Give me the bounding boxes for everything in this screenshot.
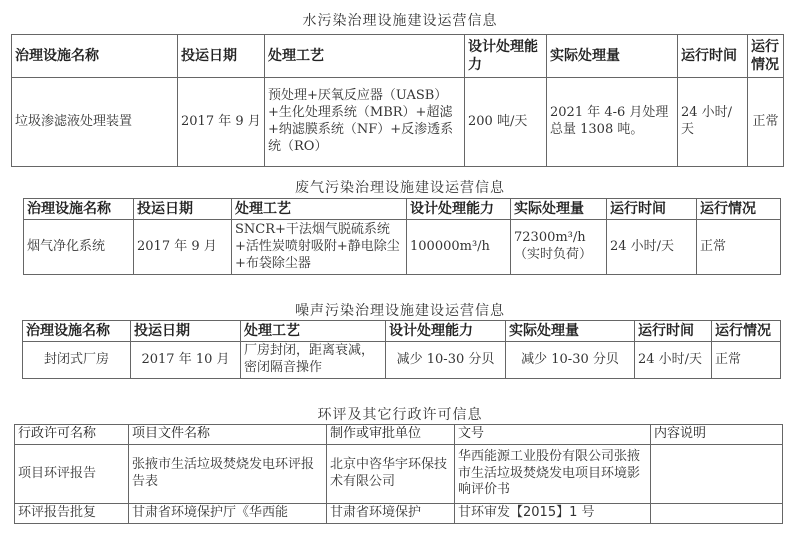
table-header-row: 治理设施名称 投运日期 处理工艺 设计处理能力 实际处理量 运行时间 运行情况	[12, 35, 784, 78]
water-section-title: 水污染治理设施建设运营信息	[0, 10, 800, 30]
cell-permit-name: 环评报告批复	[15, 504, 129, 524]
header-run-status: 运行情况	[697, 199, 781, 220]
noise-facility-table: 治理设施名称 投运日期 处理工艺 设计处理能力 实际处理量 运行时间 运行情况 …	[22, 320, 781, 379]
table-row: 垃圾渗滤液处理装置 2017 年 9 月 预处理+厌氧反应器（UASB）+生化处…	[12, 78, 784, 167]
header-actual-volume: 实际处理量	[506, 321, 635, 342]
cell-commission-date: 2017 年 9 月	[178, 78, 265, 167]
header-issuing-unit: 制作或审批单位	[327, 425, 455, 445]
cell-commission-date: 2017 年 10 月	[131, 342, 241, 379]
cell-facility-name: 烟气净化系统	[24, 220, 134, 275]
header-process: 处理工艺	[232, 199, 407, 220]
cell-design-capacity: 200 吨/天	[465, 78, 547, 167]
cell-issuing-unit: 北京中咨华宇环保技术有限公司	[327, 445, 455, 504]
cell-actual-volume: 2021 年 4-6 月处理总量 1308 吨。	[547, 78, 678, 167]
water-facility-table: 治理设施名称 投运日期 处理工艺 设计处理能力 实际处理量 运行时间 运行情况 …	[11, 34, 784, 167]
header-commission-date: 投运日期	[134, 199, 232, 220]
cell-run-status: 正常	[712, 342, 781, 379]
cell-actual-volume: 减少 10-30 分贝	[506, 342, 635, 379]
cell-commission-date: 2017 年 9 月	[134, 220, 232, 275]
table-row: 封闭式厂房 2017 年 10 月 厂房封闭，距离衰减，密闭隔音操作 减少 10…	[23, 342, 781, 379]
header-run-time: 运行时间	[607, 199, 697, 220]
header-facility-name: 治理设施名称	[24, 199, 134, 220]
cell-process: 厂房封闭，距离衰减，密闭隔音操作	[241, 342, 386, 379]
cell-facility-name: 垃圾渗滤液处理装置	[12, 78, 178, 167]
cell-run-time: 24 小时/天	[635, 342, 712, 379]
cell-description	[651, 504, 783, 524]
table-header-row: 行政许可名称 项目文件名称 制作或审批单位 文号 内容说明	[15, 425, 783, 445]
header-facility-name: 治理设施名称	[23, 321, 131, 342]
table-header-row: 治理设施名称 投运日期 处理工艺 设计处理能力 实际处理量 运行时间 运行情况	[23, 321, 781, 342]
header-document-number: 文号	[455, 425, 651, 445]
header-document-name: 项目文件名称	[129, 425, 327, 445]
header-actual-volume: 实际处理量	[547, 35, 678, 78]
header-design-capacity: 设计处理能力	[465, 35, 547, 78]
header-commission-date: 投运日期	[178, 35, 265, 78]
cell-run-time: 24 小时/天	[607, 220, 697, 275]
header-description: 内容说明	[651, 425, 783, 445]
header-run-time: 运行时间	[678, 35, 748, 78]
header-actual-volume: 实际处理量	[511, 199, 607, 220]
air-section-title: 废气污染治理设施建设运营信息	[0, 177, 800, 197]
table-header-row: 治理设施名称 投运日期 处理工艺 设计处理能力 实际处理量 运行时间 运行情况	[24, 199, 781, 220]
cell-document-name: 张掖市生活垃圾焚烧发电环评报告表	[129, 445, 327, 504]
cell-process: SNCR+干法烟气脱硫系统+活性炭喷射吸附+静电除尘+布袋除尘器	[232, 220, 407, 275]
cell-document-number: 甘环审发【2015】1 号	[455, 504, 651, 524]
header-facility-name: 治理设施名称	[12, 35, 178, 78]
header-process: 处理工艺	[265, 35, 465, 78]
cell-run-time: 24 小时/天	[678, 78, 748, 167]
table-row: 项目环评报告 张掖市生活垃圾焚烧发电环评报告表 北京中咨华宇环保技术有限公司 华…	[15, 445, 783, 504]
header-run-time: 运行时间	[635, 321, 712, 342]
noise-section-title: 噪声污染治理设施建设运营信息	[0, 300, 800, 320]
cell-actual-volume: 72300m³/h（实时负荷）	[511, 220, 607, 275]
air-facility-table: 治理设施名称 投运日期 处理工艺 设计处理能力 实际处理量 运行时间 运行情况 …	[23, 198, 781, 275]
cell-document-name: 甘肃省环境保护厅《华西能	[129, 504, 327, 524]
permit-section-title: 环评及其它行政许可信息	[0, 404, 800, 424]
header-design-capacity: 设计处理能力	[407, 199, 511, 220]
table-row: 环评报告批复 甘肃省环境保护厅《华西能 甘肃省环境保护 甘环审发【2015】1 …	[15, 504, 783, 524]
header-run-status: 运行情况	[712, 321, 781, 342]
header-design-capacity: 设计处理能力	[386, 321, 506, 342]
table-row: 烟气净化系统 2017 年 9 月 SNCR+干法烟气脱硫系统+活性炭喷射吸附+…	[24, 220, 781, 275]
cell-issuing-unit: 甘肃省环境保护	[327, 504, 455, 524]
header-run-status: 运行情况	[748, 35, 784, 78]
cell-facility-name: 封闭式厂房	[23, 342, 131, 379]
cell-permit-name: 项目环评报告	[15, 445, 129, 504]
header-permit-name: 行政许可名称	[15, 425, 129, 445]
cell-document-number: 华西能源工业股份有限公司张掖市生活垃圾焚烧发电项目环境影响评价书	[455, 445, 651, 504]
cell-process: 预处理+厌氧反应器（UASB）+生化处理系统（MBR）+超滤+纳滤膜系统（NF）…	[265, 78, 465, 167]
cell-run-status: 正常	[748, 78, 784, 167]
cell-description	[651, 445, 783, 504]
permit-table: 行政许可名称 项目文件名称 制作或审批单位 文号 内容说明 项目环评报告 张掖市…	[14, 424, 783, 524]
cell-run-status: 正常	[697, 220, 781, 275]
header-commission-date: 投运日期	[131, 321, 241, 342]
header-process: 处理工艺	[241, 321, 386, 342]
cell-design-capacity: 100000m³/h	[407, 220, 511, 275]
cell-design-capacity: 减少 10-30 分贝	[386, 342, 506, 379]
